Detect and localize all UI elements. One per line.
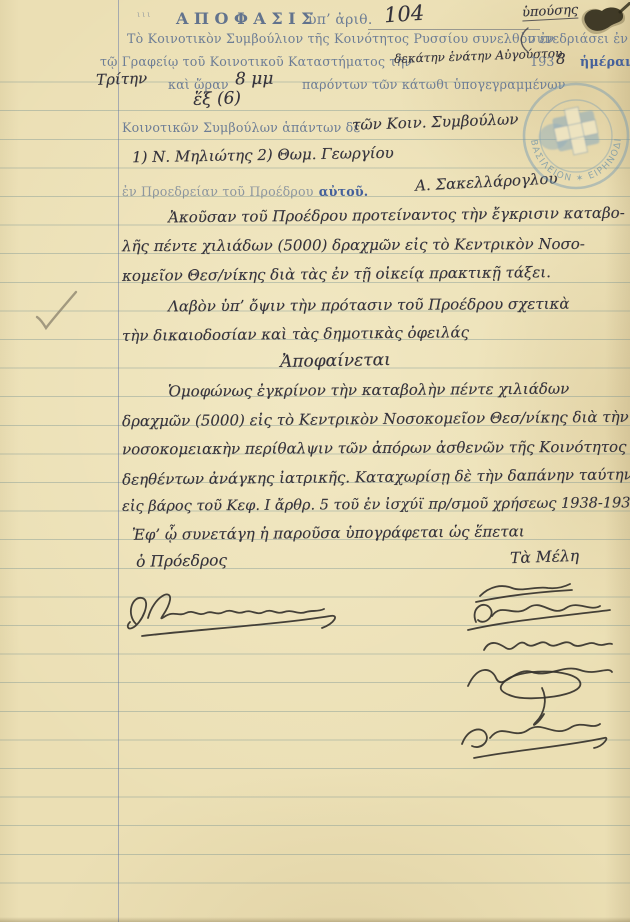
names-handwritten: 1) Ν. Μηλιώτης 2) Θωμ. Γεωργίου [132,144,394,167]
correction-note-handwritten: ὑπούσης [522,3,579,22]
year-digit-handwritten: 8 [556,50,566,68]
scan-edge-shadow [0,917,630,922]
body-line: εἰς βάρος τοῦ Κεφ. Ι ἄρθρ. 5 τοῦ ἐν ἰσχύ… [122,495,630,515]
preamble-line1: Τὸ Κοινοτικὸν Συμβούλιον τῆς Κοινότητος … [127,31,554,46]
document-page: ιιι ΑΠΟΦΑΣΙΣ ὑπ’ ἀριθ. 104 ὑπούσης Τὸ Κο… [0,0,630,922]
councillors-handwritten: τῶν Κοιν. Συμβούλων [352,110,519,134]
closing-line: Ἐφ’ ᾧ συνετάγη ἡ παροῦσα ὑπογράφεται ὡς … [132,522,525,543]
preamble-line1-circled: συνεδριάσει ἐν [528,31,628,46]
presidency-text: ἐν Προεδρείαν τοῦ Προέδρου [122,184,314,199]
president-signature [112,584,352,648]
hour-handwritten: 8 μμ [235,69,274,90]
president-title: ὁ Πρόεδρος [136,551,227,571]
year-printed: 193 [530,54,555,69]
corner-marks: ιιι [137,10,152,19]
decision-word: Ἀποφαίνεται [280,350,391,372]
member-signature-5 [452,712,610,768]
decision-number-label: ὑπ’ ἀριθ. [308,12,372,28]
official-stamp: ΒΑΣΙΛΕΙΟΝ ✶ ΕΙΡΗΝΟΔΙΚΕΙΟΝ [508,68,630,204]
body-line: Ἀκοῦσαν τοῦ Προέδρου προτείναντος τὴν ἔγ… [168,204,625,227]
members-title: Τὰ Μέλη [510,547,580,567]
body-line: δεηθέντων ἀνάγκης ἰατρικῆς. Καταχωρίσῃ δ… [122,465,630,488]
count-handwritten: ἕξ (6) [193,88,242,110]
margin-line [118,0,119,922]
presidency-emphasis: αὐτοῦ. [319,184,369,199]
preamble-line2: τῷ Γραφείῳ τοῦ Κοινοτικοῦ Καταστήματος τ… [100,54,412,69]
body-line: Ὁμοφώνως ἐγκρίνον τὴν καταβολὴν πέντε χι… [168,380,569,401]
day-label: ἡμέραν [580,54,630,69]
decision-title: ΑΠΟΦΑΣΙΣ [176,9,318,28]
body-line: Λαβὸν ὑπ’ ὄψιν τὴν πρότασιν τοῦ Προέδρου… [168,295,570,316]
body-line: νοσοκομειακὴν περίθαλψιν τῶν ἀπόρων ἀσθε… [122,438,626,459]
day-handwritten: Τρίτην [96,69,148,89]
decision-number-handwritten: 104 [383,1,425,28]
body-line: λῆς πέντε χιλιάδων (5000) δραχμῶν εἰς τὸ… [122,235,585,255]
check-mark-icon [34,288,80,336]
councillors-text: Κοινοτικῶν Συμβούλων ἁπάντων δὲ [122,120,360,135]
body-line: τὴν δικαιοδοσίαν καὶ τὰς δημοτικὰς ὀφειλ… [122,323,469,345]
body-line: κομεῖον Θεσ/νίκης διὰ τὰς ἐν τῇ οἰκείᾳ π… [122,263,551,285]
presidency-line: ἐν Προεδρείαν τοῦ Προέδρου αὐτοῦ. [122,181,368,200]
body-line: δραχμῶν (5000) εἰς τὸ Κεντρικὸν Νοσοκομε… [122,408,629,430]
